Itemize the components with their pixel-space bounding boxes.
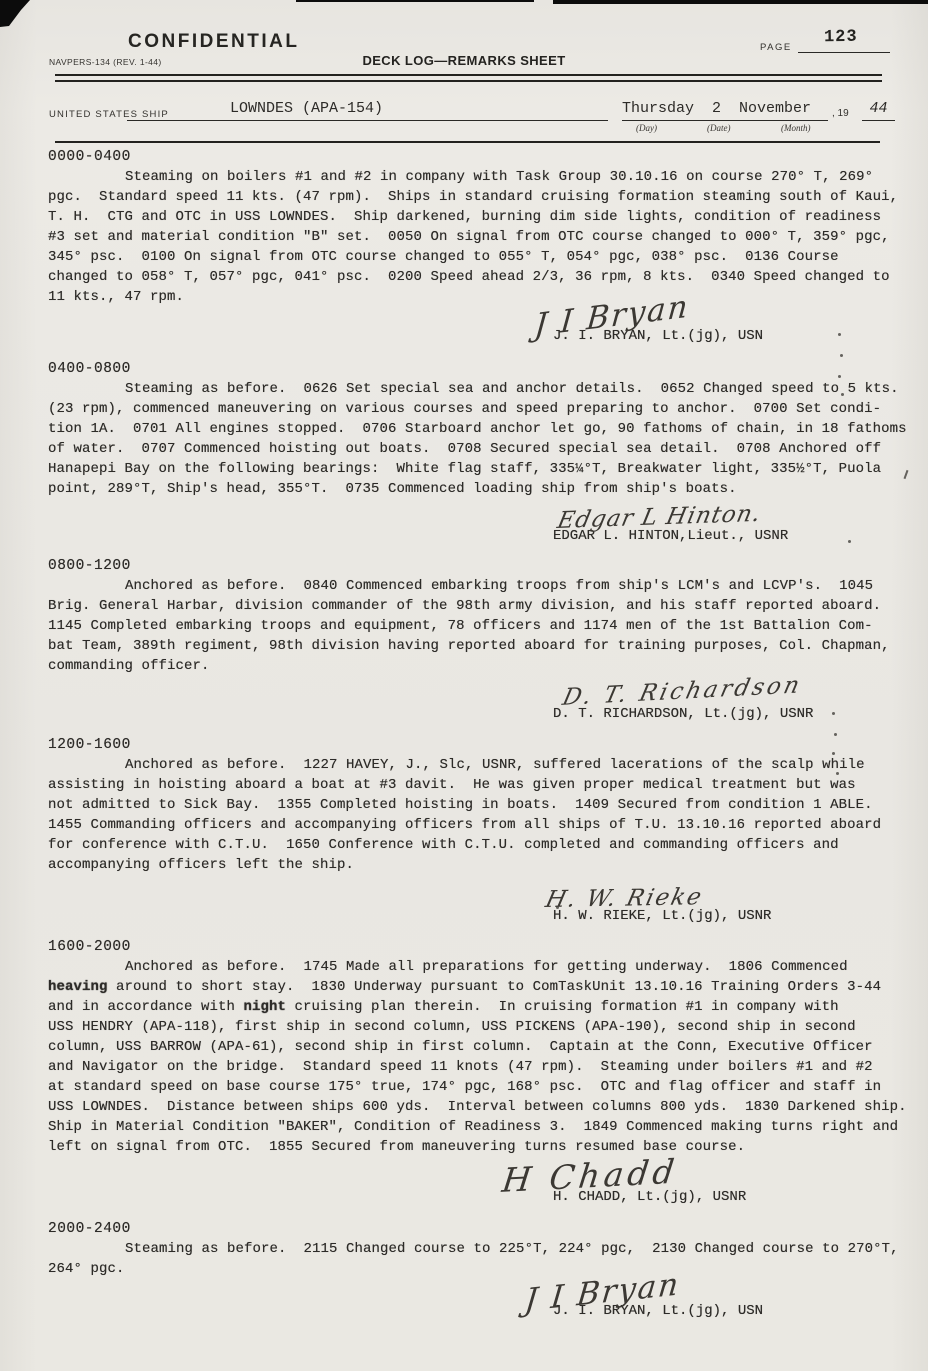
ship-name: LOWNDES (APA-154) (127, 98, 608, 121)
time-range: 0000-0400 (48, 147, 908, 167)
sheet-title: DECK LOG—REMARKS SHEET (0, 53, 928, 68)
log-entry-text: Anchored as before. 1227 HAVEY, J., Slc,… (48, 755, 908, 875)
log-date: Thursday 2 November (622, 98, 828, 121)
day-caption: (Day) (636, 123, 657, 133)
signature-block: Edgar L Hinton. EDGAR L. HINTON,Lieut., … (505, 508, 908, 545)
log-entry-text: Anchored as before. 0840 Commenced embar… (48, 576, 908, 676)
log-year: 44 (862, 98, 895, 121)
deck-log-page: CONFIDENTIAL PAGE 123 NAVPERS-134 (REV. … (0, 0, 928, 1371)
log-entry-0000-0400: 0000-0400 Steaming on boilers #1 and #2 … (48, 147, 908, 345)
log-entry-0400-0800: 0400-0800 Steaming as before. 0626 Set s… (48, 359, 908, 545)
signature-block: J I Bryan J. I. BRYAN, Lt.(jg), USN (505, 308, 908, 345)
log-body: 0000-0400 Steaming on boilers #1 and #2 … (48, 147, 908, 1320)
log-entry-text: Anchored as before. 1745 Made all prepar… (48, 957, 908, 1157)
log-entry-1600-2000: 1600-2000 Anchored as before. 1745 Made … (48, 937, 908, 1206)
form-header: CONFIDENTIAL PAGE 123 NAVPERS-134 (REV. … (0, 0, 928, 143)
time-range: 1200-1600 (48, 735, 908, 755)
page-label: PAGE (760, 42, 792, 53)
month-caption: (Month) (781, 123, 811, 133)
header-bottom-rule (55, 141, 880, 143)
date-caption: (Date) (707, 123, 731, 133)
signature-block: H Chadd H. CHADD, Lt.(jg), USNR (505, 1161, 908, 1206)
signature-block: H. W. Rieke H. W. RIEKE, Lt.(jg), USNR (505, 887, 908, 925)
classification-stamp: CONFIDENTIAL (128, 31, 299, 53)
year-prefix: , 19 (832, 108, 849, 119)
log-entry-text: Steaming as before. 0626 Set special sea… (48, 379, 908, 499)
time-range: 0800-1200 (48, 556, 908, 576)
signature-block: D. T. Richardson D. T. RICHARDSON, Lt.(j… (505, 685, 908, 723)
time-range: 1600-2000 (48, 937, 908, 957)
log-entry-1200-1600: 1200-1600 Anchored as before. 1227 HAVEY… (48, 735, 908, 925)
log-entry-2000-2400: 2000-2400 Steaming as before. 2115 Chang… (48, 1219, 908, 1320)
time-range: 2000-2400 (48, 1219, 908, 1239)
header-double-rule (55, 74, 882, 82)
signature-block: J I Bryan J. I. BRYAN, Lt.(jg), USN (505, 1283, 908, 1320)
log-entry-0800-1200: 0800-1200 Anchored as before. 0840 Comme… (48, 556, 908, 723)
time-range: 0400-0800 (48, 359, 908, 379)
page-number: 123 (824, 28, 858, 48)
